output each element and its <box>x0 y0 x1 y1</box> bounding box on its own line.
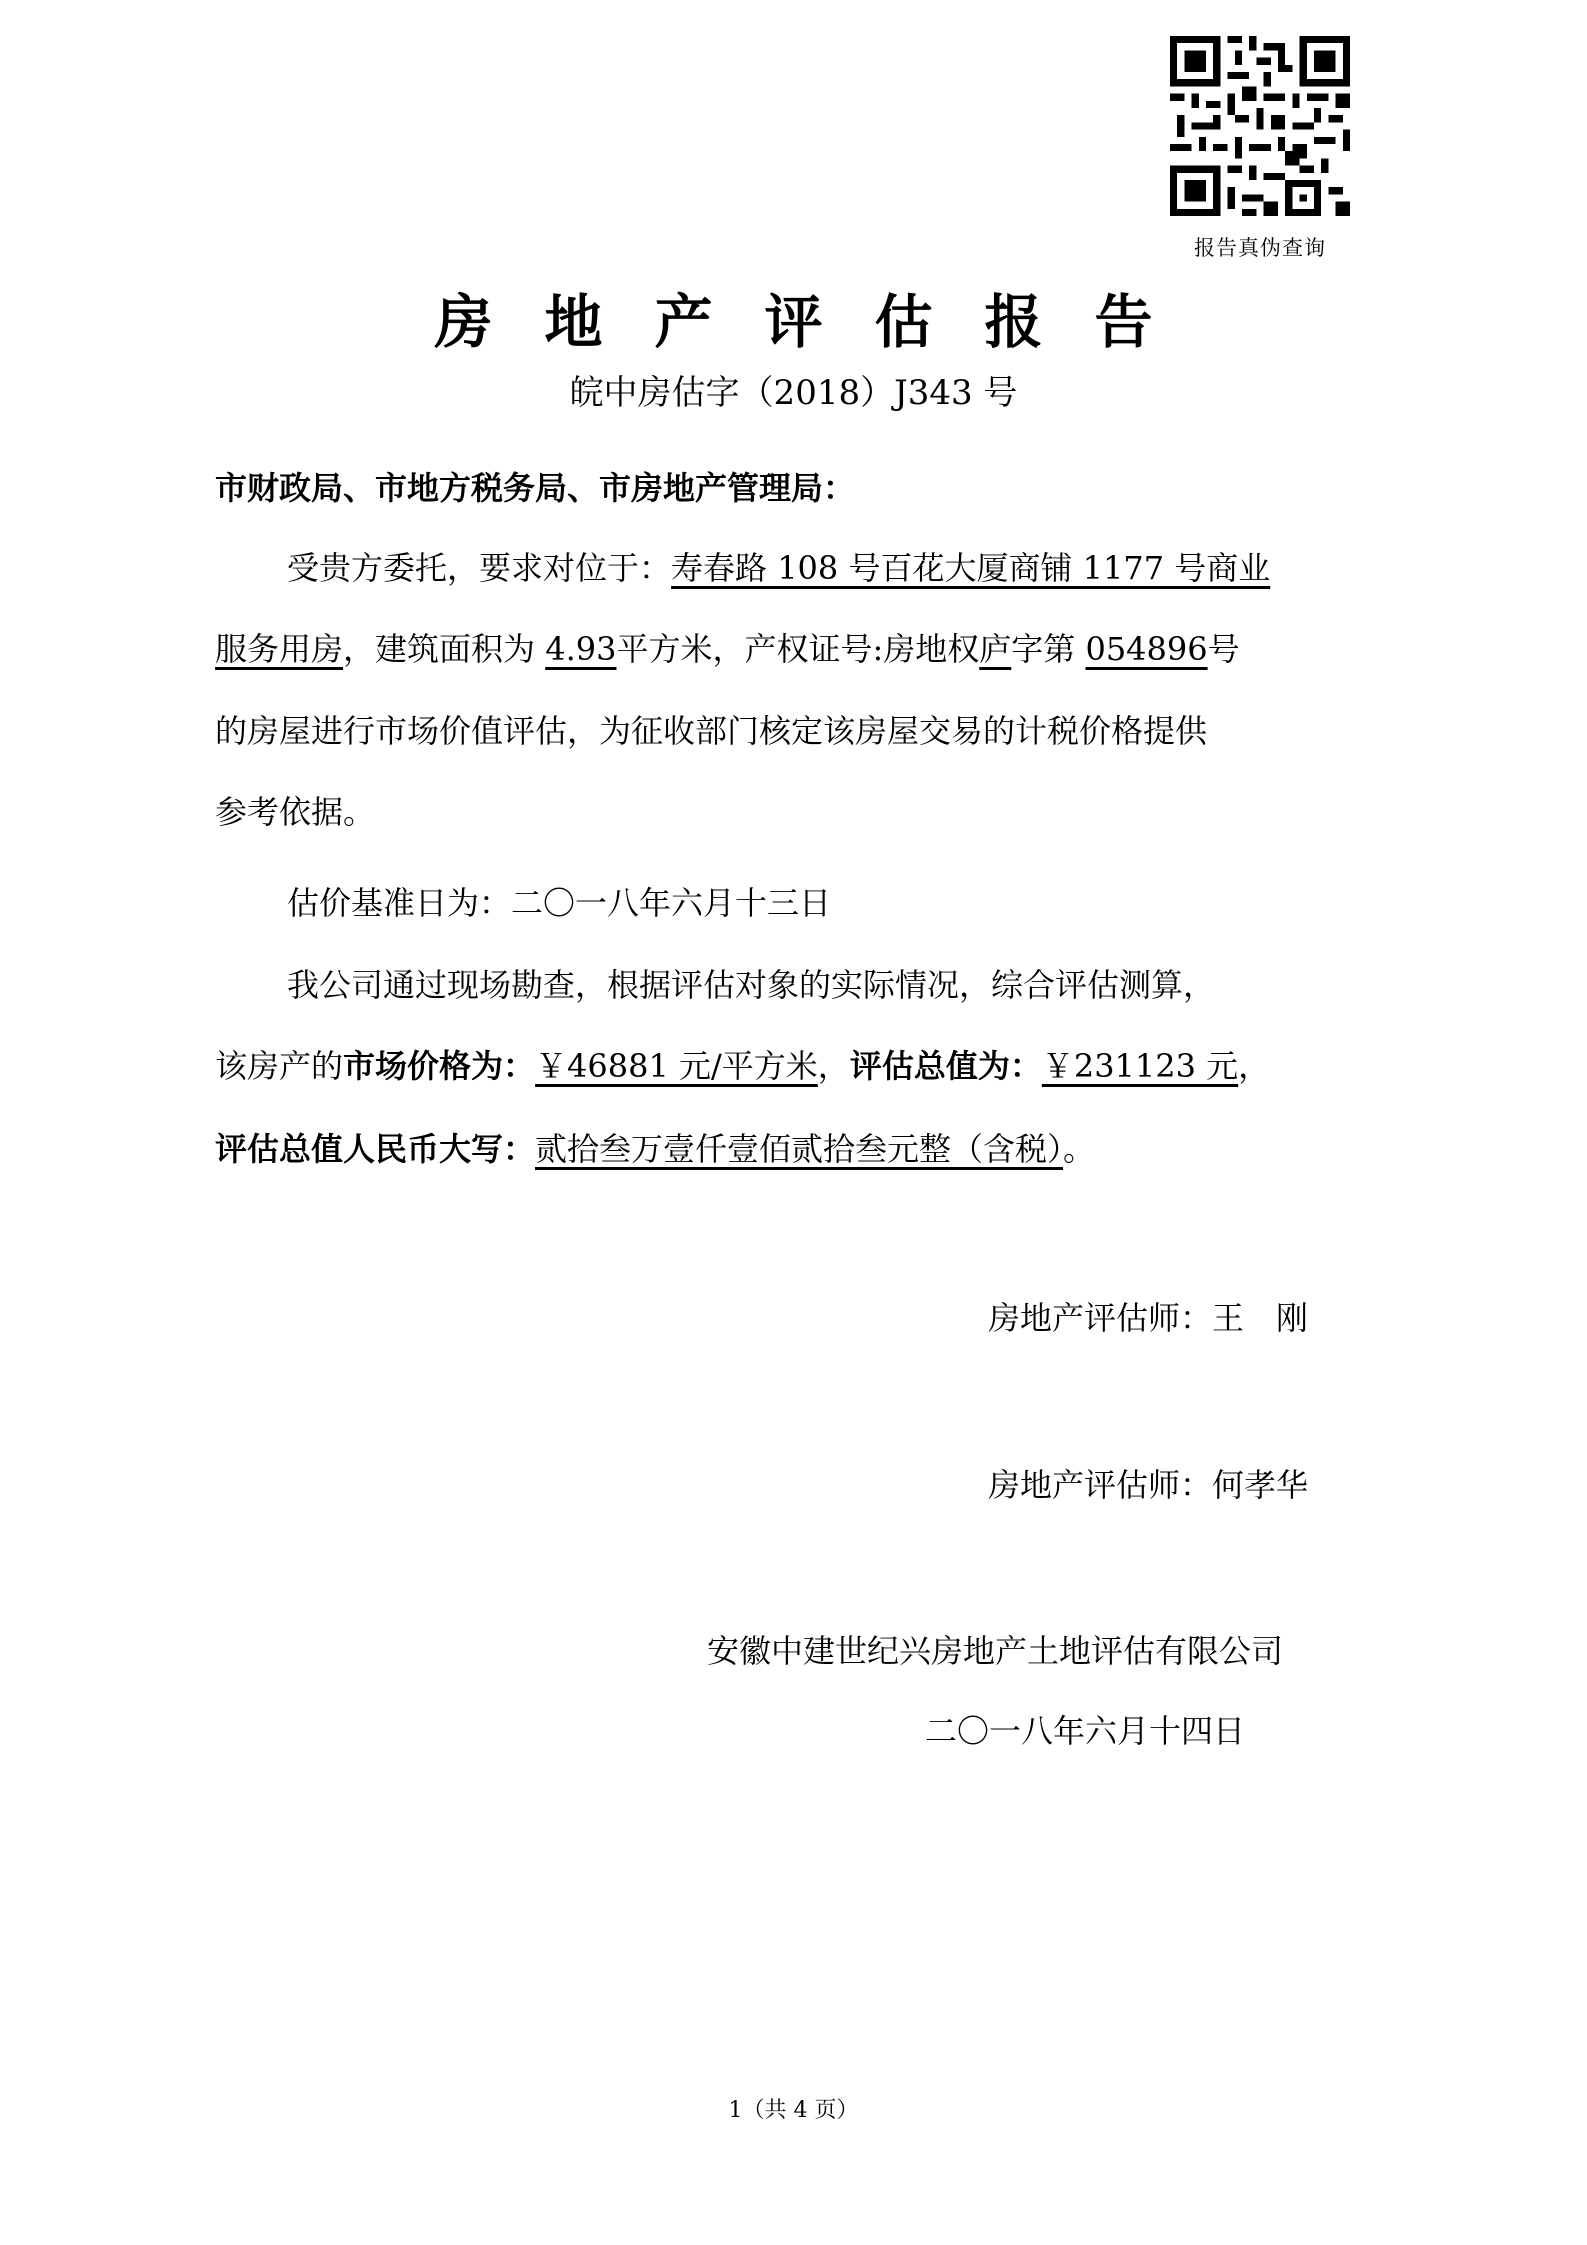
valuation-date-label: 估价基准日为： <box>287 884 511 922</box>
market-price-label: 市场价格为： <box>343 1047 535 1085</box>
paragraph1-line4: 参考依据。 <box>215 787 375 833</box>
paragraph2-line1: 我公司通过现场勘查，根据评估对象的实际情况，综合评估测算， <box>287 960 1215 1006</box>
title-char: 告 <box>1095 275 1153 359</box>
appraiser-name: 何孝华 <box>1212 1466 1308 1504</box>
total-value-upper: 贰拾叁万壹仟壹佰贰拾叁元整（含税） <box>535 1130 1063 1168</box>
cert-label: 平方米，产权证号:房地权 <box>616 630 979 668</box>
qr-caption: 报告真伪查询 <box>1170 232 1350 262</box>
cert-label-2: 字第 <box>1011 630 1085 668</box>
title-char: 估 <box>875 275 933 359</box>
total-value: ￥231123 元 <box>1042 1047 1238 1085</box>
title-char: 房 <box>434 275 492 359</box>
separator: ， <box>1238 1047 1270 1085</box>
area-label: ，建筑面积为 <box>343 630 545 668</box>
appraiser-label: 房地产评估师： <box>988 1466 1212 1504</box>
title-char: 评 <box>764 275 822 359</box>
title-char: 产 <box>654 275 712 359</box>
cert-prefix: 庐 <box>979 630 1011 668</box>
property-address-cont: 服务用房 <box>215 630 343 668</box>
valuation-date-value: 二〇一八年六月十三日 <box>511 884 831 922</box>
title-char: 地 <box>544 275 602 359</box>
paragraph2-line2: 该房产的市场价格为：￥46881 元/平方米，评估总值为：￥231123 元， <box>215 1041 1270 1087</box>
entrust-text: 受贵方委托，要求对位于： <box>287 549 671 587</box>
title-char: 报 <box>985 275 1043 359</box>
property-address: 寿春路 108 号百花大厦商铺 1177 号商业 <box>671 549 1270 587</box>
appraiser-2: 房地产评估师：何孝华 <box>988 1460 1308 1506</box>
total-value-label: 评估总值为： <box>850 1047 1042 1085</box>
paragraph1-line1: 受贵方委托，要求对位于：寿春路 108 号百花大厦商铺 1177 号商业 <box>287 543 1270 589</box>
appraiser-name: 王 刚 <box>1212 1299 1308 1337</box>
report-date: 二〇一八年六月十四日 <box>925 1706 1245 1752</box>
qr-verification-block: 报告真伪查询 <box>1170 36 1350 262</box>
cert-number: 054896 <box>1085 630 1207 668</box>
recipients: 市财政局、市地方税务局、市房地产管理局： <box>215 463 855 509</box>
paragraph2-line3: 评估总值人民币大写：贰拾叁万壹仟壹佰贰拾叁元整（含税）。 <box>215 1124 1095 1170</box>
market-price-value: ￥46881 元/平方米 <box>535 1047 818 1085</box>
valuation-date: 估价基准日为：二〇一八年六月十三日 <box>287 878 831 924</box>
cert-suffix: 号 <box>1208 630 1240 668</box>
appraiser-1: 房地产评估师：王 刚 <box>988 1293 1308 1339</box>
paragraph1-line2: 服务用房，建筑面积为 4.93平方米，产权证号:房地权庐字第 054896号 <box>215 624 1240 670</box>
building-area: 4.93 <box>545 630 616 668</box>
total-upper-label: 评估总值人民币大写： <box>215 1130 535 1168</box>
document-title: 房地产评估报告 <box>0 275 1587 359</box>
property-text: 该房产的 <box>215 1047 343 1085</box>
separator: ， <box>818 1047 850 1085</box>
document-number: 皖中房估字（2018）J343 号 <box>0 365 1587 414</box>
appraiser-label: 房地产评估师： <box>988 1299 1212 1337</box>
page-indicator: 1（共 4 页） <box>0 2093 1587 2124</box>
period: 。 <box>1063 1130 1095 1168</box>
company-name: 安徽中建世纪兴房地产土地评估有限公司 <box>707 1626 1283 1672</box>
qr-code-icon[interactable] <box>1170 36 1350 216</box>
paragraph1-line3: 的房屋进行市场价值评估，为征收部门核定该房屋交易的计税价格提供 <box>215 706 1207 752</box>
